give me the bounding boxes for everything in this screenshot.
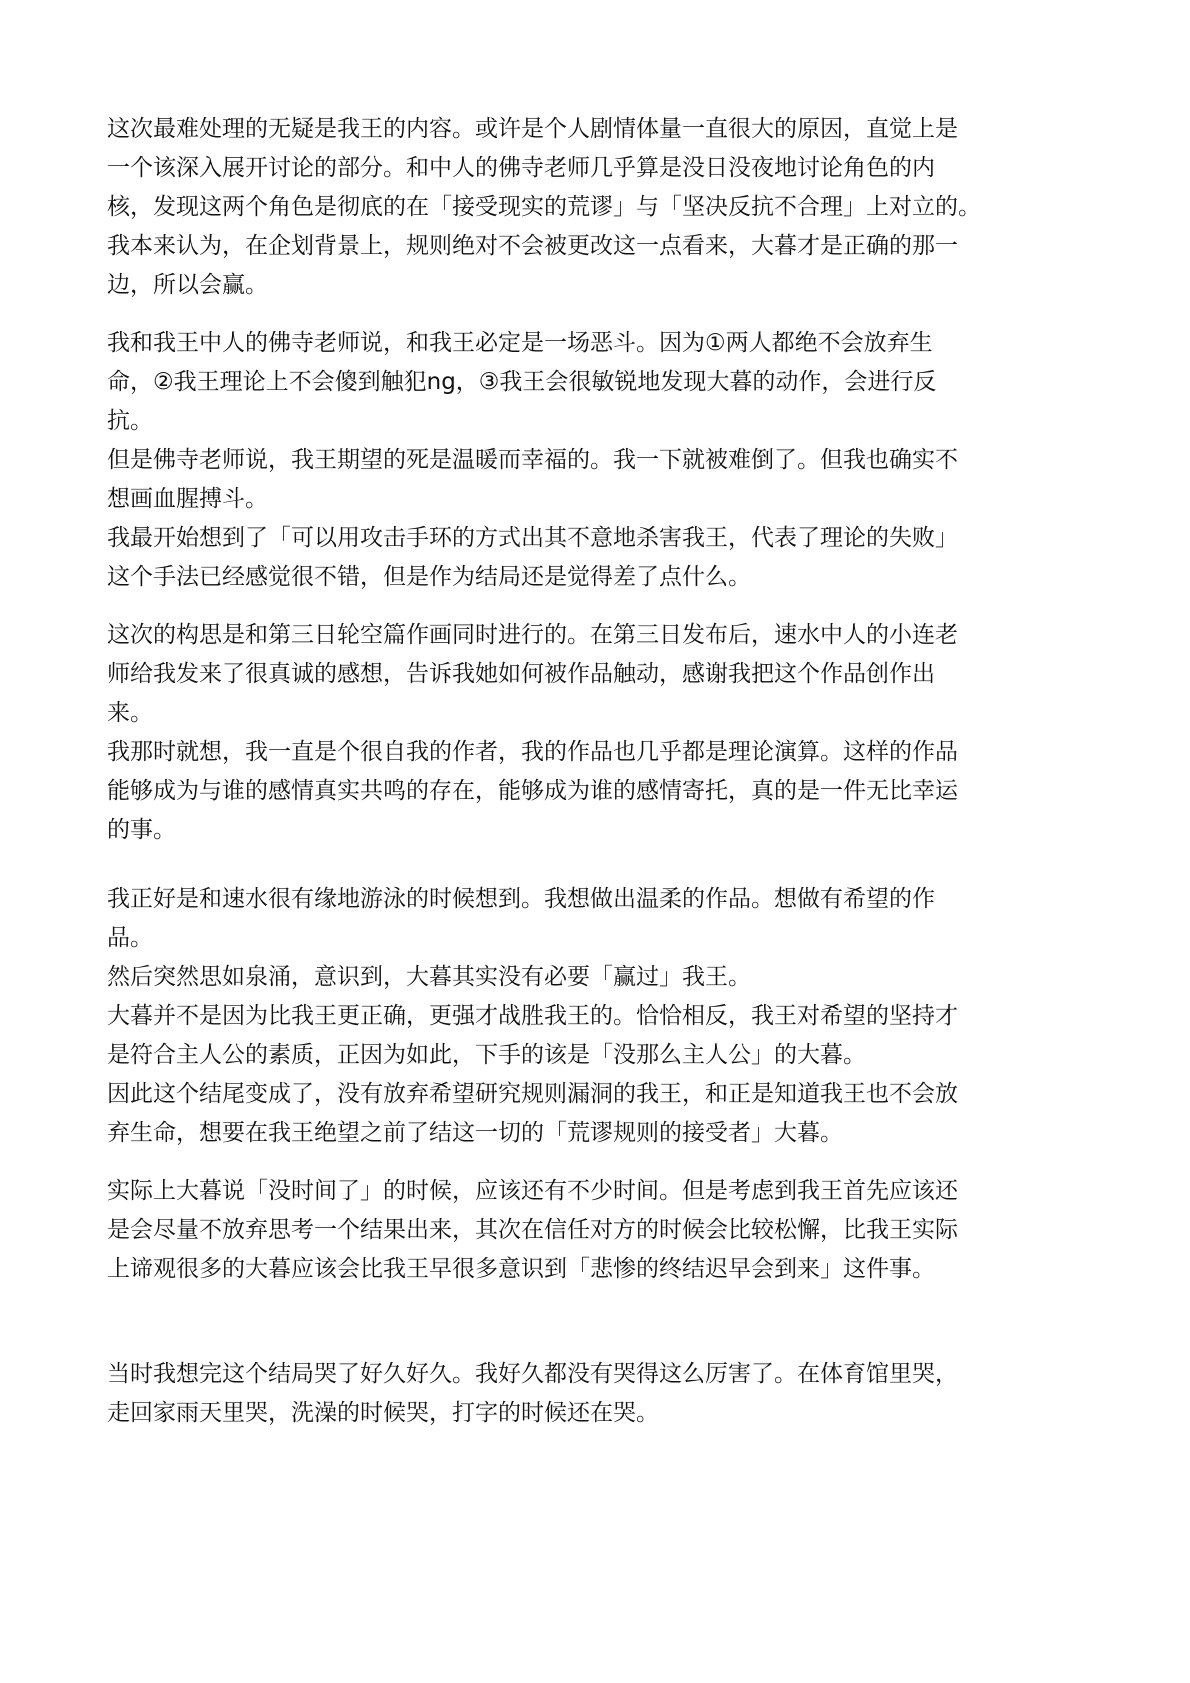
text-line: 边，所以会赢。 bbox=[107, 266, 1107, 305]
paragraph-5: 实际上大暮说「没时间了」的时候，应该还有不少时间。但是考虑到我王首先应该还 是会… bbox=[107, 1172, 1107, 1289]
text-line: 是符合主人公的素质，正因为如此，下手的该是「没那么主人公」的大暮。 bbox=[107, 1036, 1107, 1075]
text-line: 师给我发来了很真诚的感想，告诉我她如何被作品触动，感谢我把这个作品创作出 bbox=[107, 655, 1107, 694]
paragraph-6: 当时我想完这个结局哭了好久好久。我好久都没有哭得这么厉害了。在体育馆里哭， 走回… bbox=[107, 1355, 1107, 1433]
text-line: 的事。 bbox=[107, 811, 1107, 850]
text-line: 我那时就想，我一直是个很自我的作者，我的作品也几乎都是理论演算。这样的作品 bbox=[107, 733, 1107, 772]
text-line: 想画血腥搏斗。 bbox=[107, 480, 1107, 519]
text-line: 实际上大暮说「没时间了」的时候，应该还有不少时间。但是考虑到我王首先应该还 bbox=[107, 1172, 1107, 1211]
text-line: 来。 bbox=[107, 694, 1107, 733]
text-line: 然后突然思如泉涌，意识到，大暮其实没有必要「赢过」我王。 bbox=[107, 958, 1107, 997]
text-line: 这次的构思是和第三日轮空篇作画同时进行的。在第三日发布后，速水中人的小连老 bbox=[107, 616, 1107, 655]
text-line: 命，②我王理论上不会傻到触犯ng，③我王会很敏锐地发现大暮的动作，会进行反 bbox=[107, 363, 1107, 402]
text-line: 核，发现这两个角色是彻底的在「接受现实的荒谬」与「坚决反抗不合理」上对立的。 bbox=[107, 188, 1107, 227]
text-line: 我和我王中人的佛寺老师说，和我王必定是一场恶斗。因为①两人都绝不会放弃生 bbox=[107, 324, 1107, 363]
text-line: 这个手法已经感觉很不错，但是作为结局还是觉得差了点什么。 bbox=[107, 558, 1107, 597]
text-line: 因此这个结尾变成了，没有放弃希望研究规则漏洞的我王，和正是知道我王也不会放 bbox=[107, 1075, 1107, 1114]
paragraph-3: 这次的构思是和第三日轮空篇作画同时进行的。在第三日发布后，速水中人的小连老 师给… bbox=[107, 616, 1107, 850]
text-line: 品。 bbox=[107, 919, 1107, 958]
text-line: 大暮并不是因为比我王更正确，更强才战胜我王的。恰恰相反，我王对希望的坚持才 bbox=[107, 997, 1107, 1036]
text-line: 是会尽量不放弃思考一个结果出来，其次在信任对方的时候会比较松懈，比我王实际 bbox=[107, 1211, 1107, 1250]
text-line: 当时我想完这个结局哭了好久好久。我好久都没有哭得这么厉害了。在体育馆里哭， bbox=[107, 1355, 1107, 1394]
text-line: 我正好是和速水很有缘地游泳的时候想到。我想做出温柔的作品。想做有希望的作 bbox=[107, 880, 1107, 919]
text-line: 走回家雨天里哭，洗澡的时候哭，打字的时候还在哭。 bbox=[107, 1394, 1107, 1433]
paragraph-2: 我和我王中人的佛寺老师说，和我王必定是一场恶斗。因为①两人都绝不会放弃生 命，②… bbox=[107, 324, 1107, 597]
text-line: 能够成为与谁的感情真实共鸣的存在，能够成为谁的感情寄托，真的是一件无比幸运 bbox=[107, 772, 1107, 811]
paragraph-4: 我正好是和速水很有缘地游泳的时候想到。我想做出温柔的作品。想做有希望的作 品。 … bbox=[107, 880, 1107, 1153]
text-line: 一个该深入展开讨论的部分。和中人的佛寺老师几乎算是没日没夜地讨论角色的内 bbox=[107, 149, 1107, 188]
text-line: 弃生命，想要在我王绝望之前了结这一切的「荒谬规则的接受者」大暮。 bbox=[107, 1114, 1107, 1153]
text-line: 我本来认为，在企划背景上，规则绝对不会被更改这一点看来，大暮才是正确的那一 bbox=[107, 227, 1107, 266]
paragraph-1: 这次最难处理的无疑是我王的内容。或许是个人剧情体量一直很大的原因，直觉上是 一个… bbox=[107, 110, 1107, 305]
text-line: 但是佛寺老师说，我王期望的死是温暖而幸福的。我一下就被难倒了。但我也确实不 bbox=[107, 441, 1107, 480]
text-line: 我最开始想到了「可以用攻击手环的方式出其不意地杀害我王，代表了理论的失败」 bbox=[107, 519, 1107, 558]
text-line: 这次最难处理的无疑是我王的内容。或许是个人剧情体量一直很大的原因，直觉上是 bbox=[107, 110, 1107, 149]
text-line: 上谛观很多的大暮应该会比我王早很多意识到「悲惨的终结迟早会到来」这件事。 bbox=[107, 1250, 1107, 1289]
text-line: 抗。 bbox=[107, 402, 1107, 441]
document-page: 这次最难处理的无疑是我王的内容。或许是个人剧情体量一直很大的原因，直觉上是 一个… bbox=[0, 0, 1190, 1683]
